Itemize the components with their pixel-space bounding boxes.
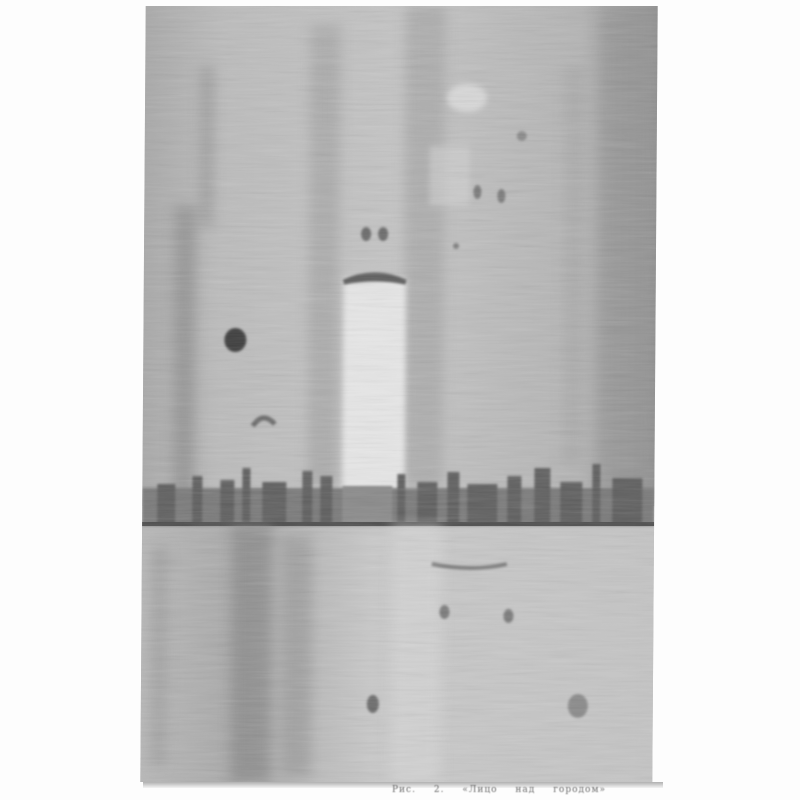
painting-illustration bbox=[140, 6, 657, 782]
caption-part: над bbox=[515, 785, 535, 795]
painting-graphic bbox=[140, 6, 657, 782]
figure-caption: Рис. 2. «Лицо над городом» bbox=[392, 785, 620, 795]
caption-part: городом» bbox=[553, 785, 606, 795]
caption-part: Рис. bbox=[392, 785, 416, 795]
caption-part: 2. bbox=[434, 785, 445, 795]
caption-part: «Лицо bbox=[462, 785, 497, 795]
